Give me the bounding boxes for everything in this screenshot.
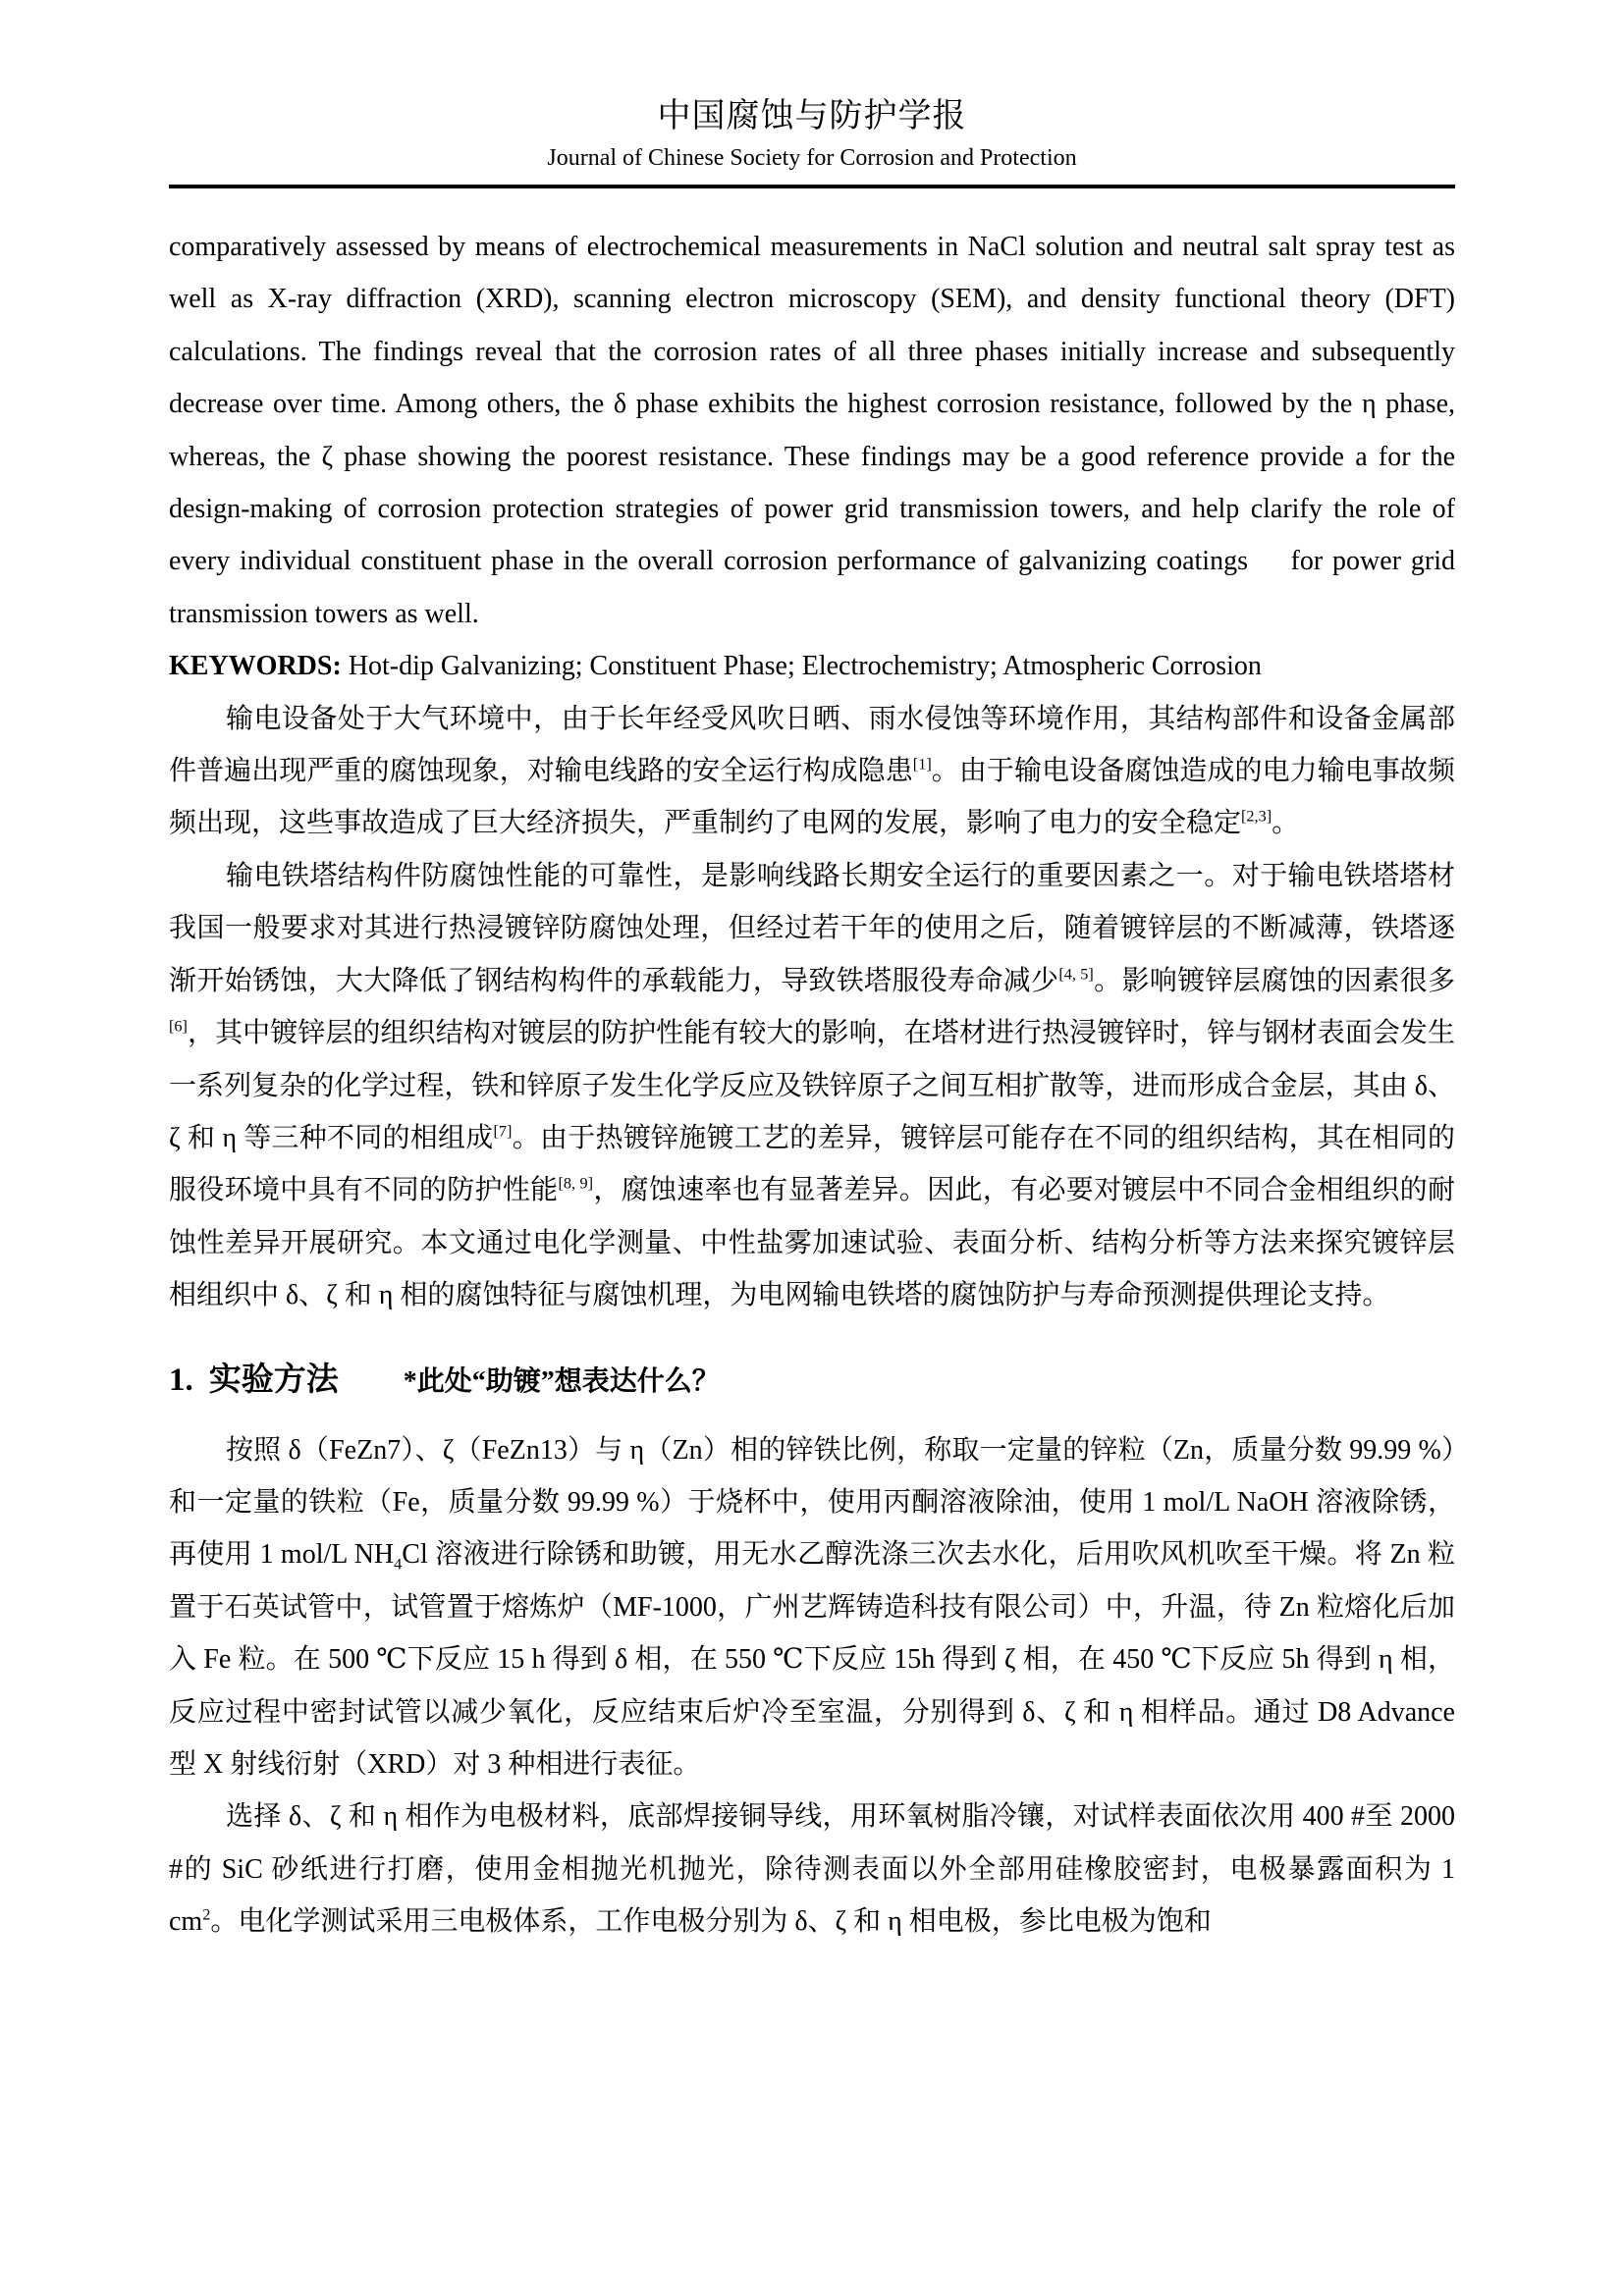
header-rule: [169, 185, 1455, 188]
text-run: 。: [1272, 808, 1299, 838]
superscript-reference: [1]: [913, 756, 932, 774]
section-1-review-annotation: *此处“助镀”想表达什么？: [404, 1366, 720, 1397]
document-body: comparatively assessed by means of elect…: [169, 221, 1455, 1949]
superscript-reference: [7]: [494, 1123, 513, 1141]
section-1-number: 1.: [169, 1362, 193, 1398]
keywords-text: Hot-dip Galvanizing; Constituent Phase; …: [342, 651, 1262, 681]
methods-paragraph-1: 按照 δ（FeZn7）、ζ（FeZn13）与 η（Zn）相的锌铁比例，称取一定量…: [169, 1424, 1455, 1791]
text-run: Cl 溶液进行除锈和助镀，用无水乙醇洗涤三次去水化，后用吹风机吹至干燥。将 Zn…: [169, 1539, 1455, 1780]
section-1-heading: 1.实验方法*此处“助镀”想表达什么？: [169, 1350, 1455, 1413]
journal-title-cn: 中国腐蚀与防护学报: [169, 94, 1455, 139]
abstract-paragraph: comparatively assessed by means of elect…: [169, 221, 1455, 640]
superscript-reference: [8, 9]: [559, 1175, 594, 1193]
section-1-title: 实验方法: [209, 1362, 339, 1398]
text-run: 。电化学测试采用三电极体系，工作电极分别为 δ、ζ 和 η 相电极，参比电极为饱…: [210, 1906, 1211, 1937]
keywords-label: KEYWORDS:: [169, 651, 342, 681]
intro-paragraph-2: 输电铁塔结构件防腐蚀性能的可靠性，是影响线路长期安全运行的重要因素之一。对于输电…: [169, 850, 1455, 1322]
intro-paragraph-1: 输电设备处于大气环境中，由于长年经受风吹日晒、雨水侵蚀等环境作用，其结构部件和设…: [169, 693, 1455, 850]
document-page: 中国腐蚀与防护学报 Journal of Chinese Society for…: [0, 0, 1624, 2296]
superscript-reference: [6]: [169, 1018, 188, 1036]
keywords-paragraph: KEYWORDS: Hot-dip Galvanizing; Constitue…: [169, 640, 1455, 692]
text-run: 。影响镀锌层腐蚀的因素很多: [1094, 966, 1455, 996]
text-run: comparatively assessed by means of elect…: [169, 232, 1455, 629]
superscript-reference: [2,3]: [1241, 808, 1272, 826]
journal-title-en: Journal of Chinese Society for Corrosion…: [169, 141, 1455, 175]
journal-header: 中国腐蚀与防护学报 Journal of Chinese Society for…: [169, 94, 1455, 188]
superscript-reference: [4, 5]: [1058, 965, 1094, 983]
methods-paragraph-2: 选择 δ、ζ 和 η 相作为电极材料，底部焊接铜导线，用环氧树脂冷镶，对试样表面…: [169, 1790, 1455, 1948]
